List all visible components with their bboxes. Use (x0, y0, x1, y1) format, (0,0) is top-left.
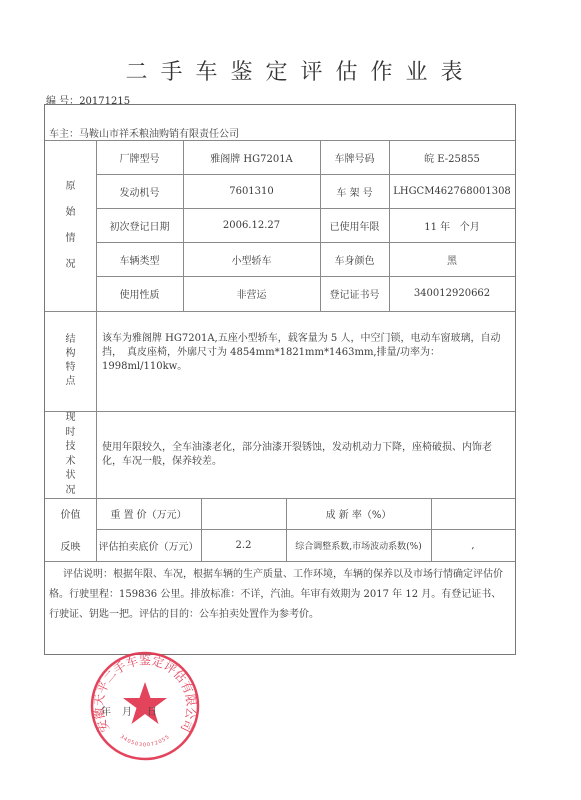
section-label-structure: 结 构 特 点 (45, 311, 96, 411)
owner-label: 车主： (49, 129, 79, 140)
newness-rate-label: 成 新 率（%） (286, 498, 431, 529)
value-label-bottom: 反映 (45, 529, 96, 561)
section-label-original: 原 始 情 况 (45, 140, 96, 311)
value-vehicle-type: 小型轿车 (183, 242, 320, 276)
date-month: 月 (122, 703, 132, 718)
label-registration-cert: 登记证书号 (320, 276, 389, 311)
value-body-color: 黑 (389, 242, 515, 276)
section-label-condition: 现 时 技 术 状 况 (45, 411, 96, 498)
value-plate-number: 皖 E-25855 (389, 140, 515, 174)
value-registration-cert: 340012920662 (389, 276, 515, 311)
newness-rate-value (431, 498, 515, 529)
value-engine-number: 7601310 (183, 174, 320, 208)
value-label-top: 价值 (45, 498, 96, 529)
label-brand-model: 厂牌型号 (96, 140, 183, 174)
value-brand-model: 雅阁牌 HG7201A (183, 140, 320, 174)
auction-price-value: 2.2 (201, 529, 286, 561)
label-engine-number: 发动机号 (96, 174, 183, 208)
label-vin: 车 架 号 (320, 174, 389, 208)
auction-price-label: 评估拍卖底价（万元） (96, 529, 201, 561)
label-body-color: 车身颜色 (320, 242, 389, 276)
value-first-registration: 2006.12.27 (183, 208, 320, 242)
coefficient-label: 综合调整系数,市场波动系数(%) (286, 529, 431, 561)
appraisal-table: 车主：马鞍山市祥禾粮油购销有限责任公司 原 始 情 况 厂牌型号 雅阁牌 HG7… (44, 104, 516, 655)
label-first-registration: 初次登记日期 (96, 208, 183, 242)
value-years-used: 11 年 个月 (389, 208, 515, 242)
replacement-price-label: 重 置 价（万元） (96, 498, 201, 529)
document-title: 二手车鉴定评估作业表 (0, 55, 581, 86)
value-usage-type: 非营运 (183, 276, 320, 311)
owner-row: 车主：马鞍山市祥禾粮油购销有限责任公司 (49, 125, 239, 140)
label-vehicle-type: 车辆类型 (96, 242, 183, 276)
appraisal-note: 评估说明：根据年限、车况，根据车辆的生产质量、工作环境，车辆的保养以及市场行情确… (49, 565, 511, 625)
coefficient-value: , (431, 529, 515, 561)
date-year: 年 (101, 703, 111, 718)
structure-description: 该车为雅阁牌 HG7201A,五座小型轿车，载客量为 5 人，中空门锁，电动车窗… (102, 332, 508, 374)
svg-text:3405030072055: 3405030072055 (119, 734, 172, 748)
label-plate-number: 车牌号码 (320, 140, 389, 174)
owner-value: 马鞍山市祥禾粮油购销有限责任公司 (79, 129, 239, 140)
replacement-price-value (201, 498, 286, 529)
value-vin: LHGCM462768001308 (389, 174, 515, 208)
label-usage-type: 使用性质 (96, 276, 183, 311)
condition-description: 使用年限较久，全车油漆老化，部分油漆开裂锈蚀，发动机动力下降，座椅破损、内饰老化… (102, 441, 510, 469)
label-years-used: 已使用年限 (320, 208, 389, 242)
date-day: 日 (147, 703, 157, 718)
